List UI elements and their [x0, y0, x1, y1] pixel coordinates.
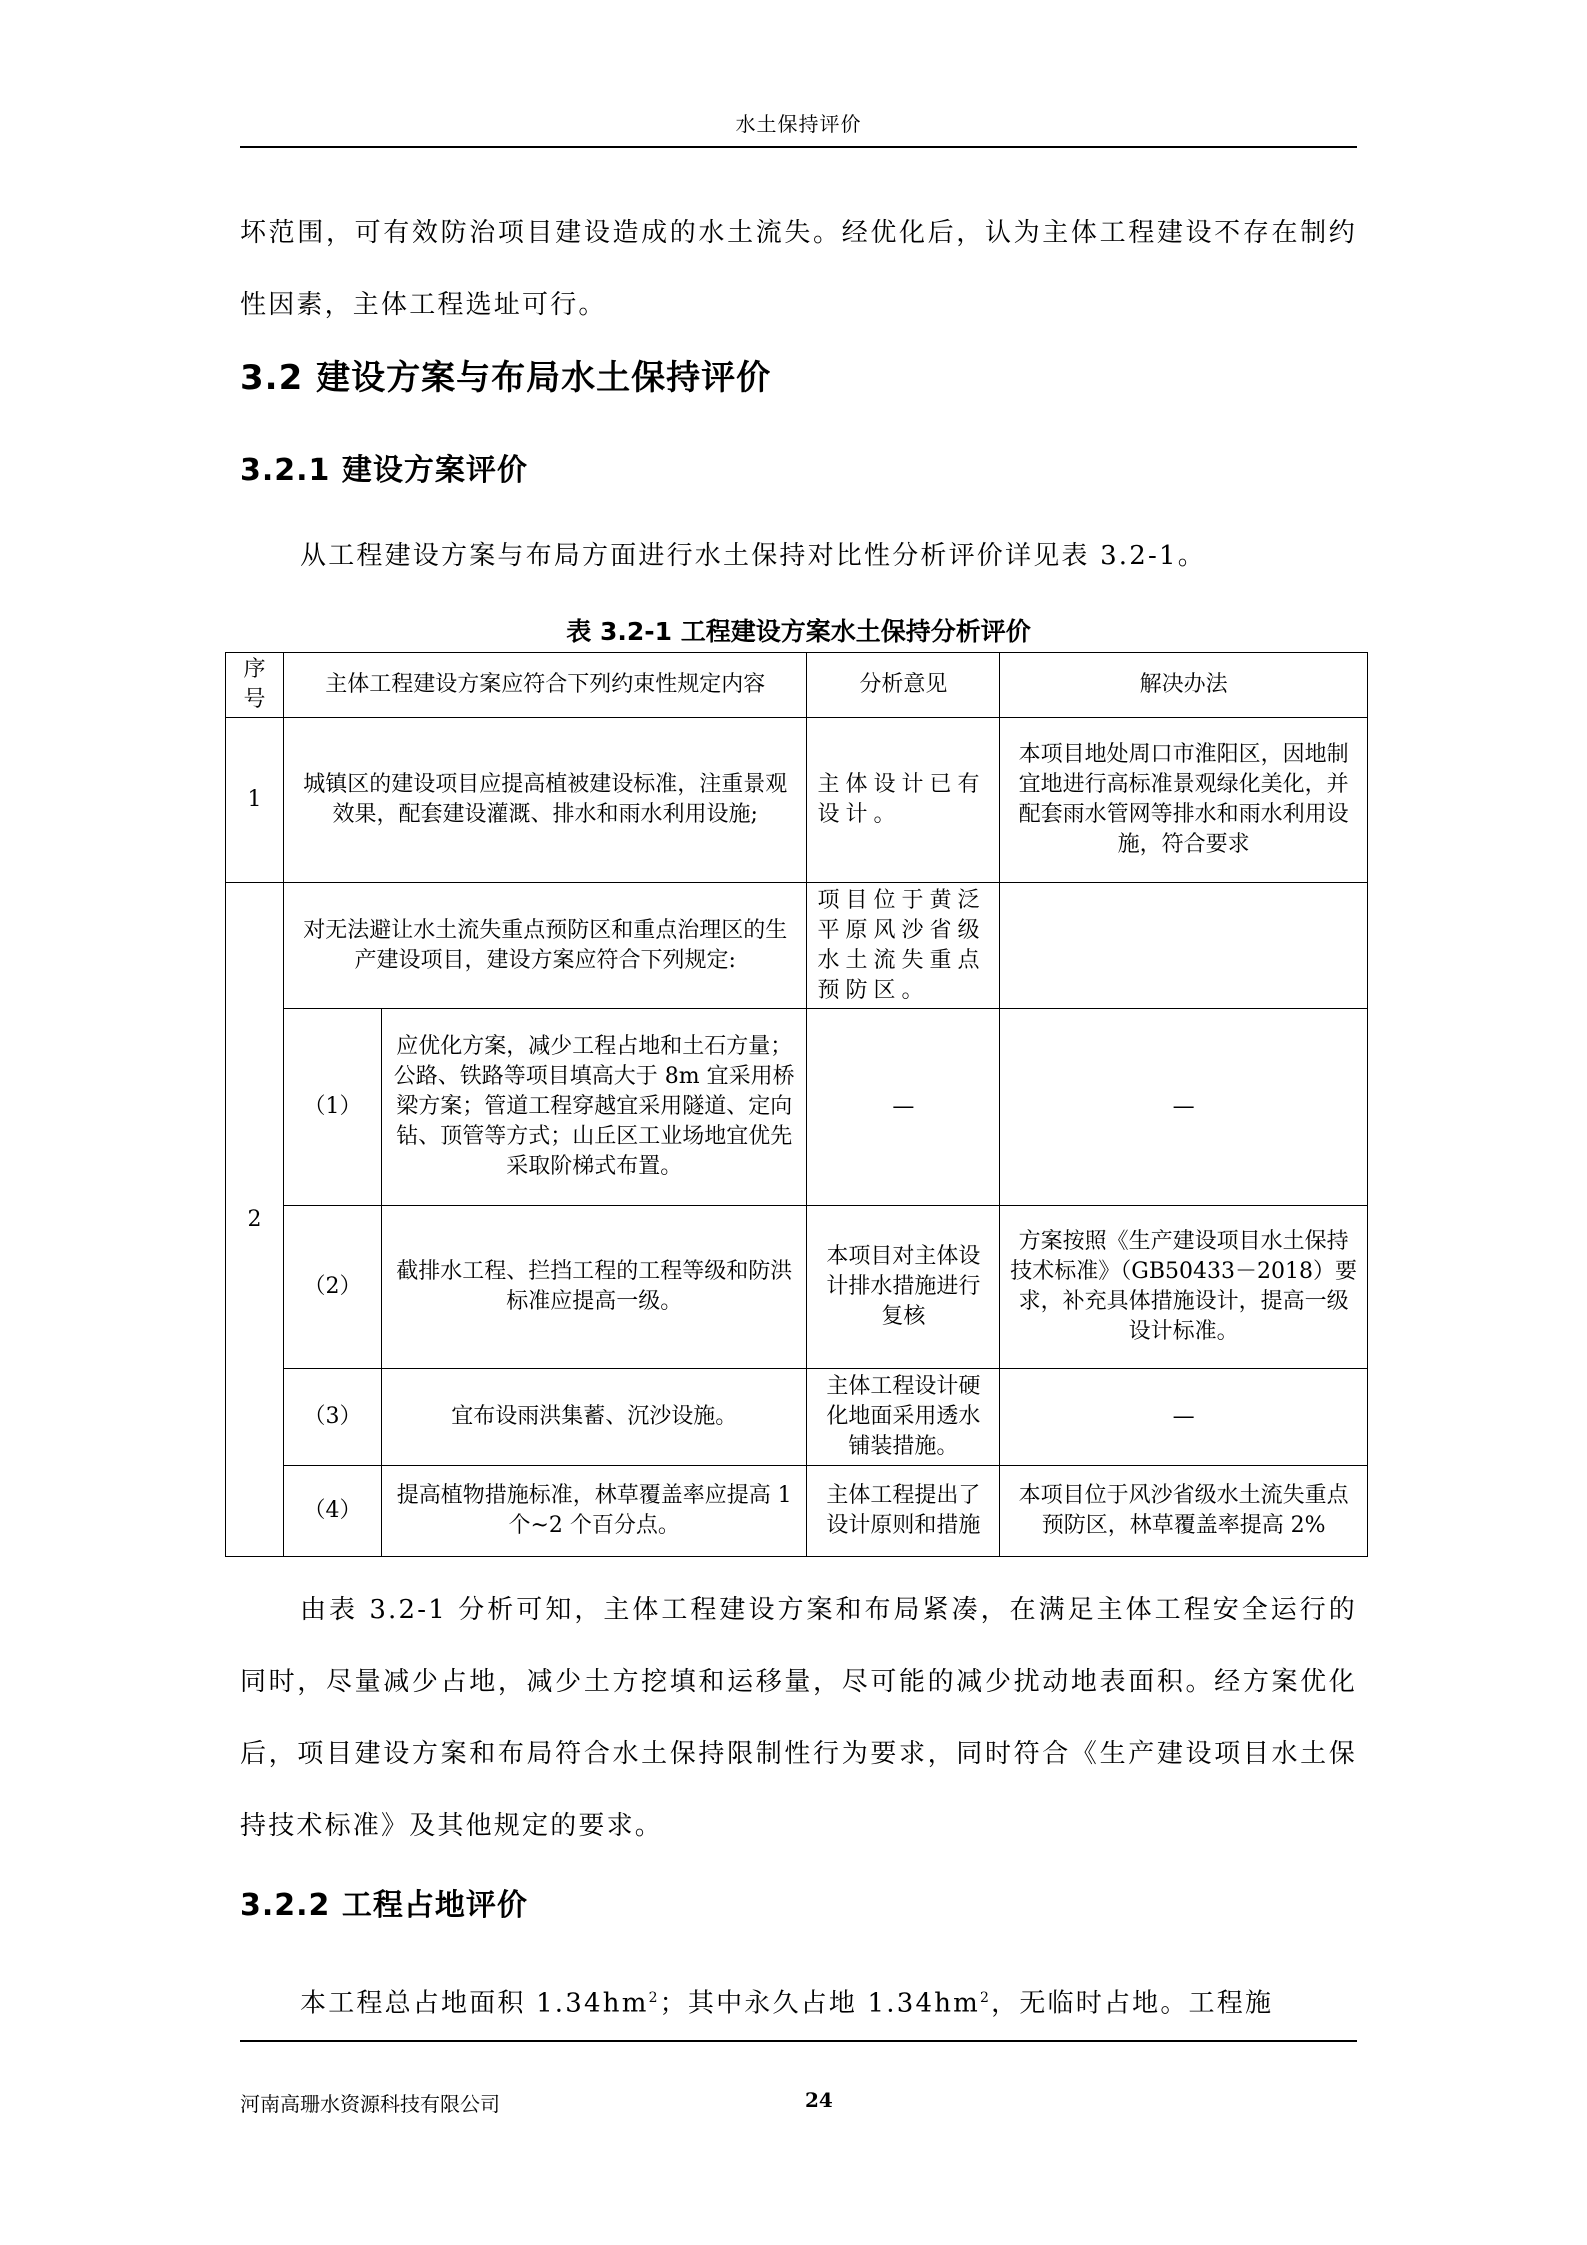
- evaluation-table: 序号 主体工程建设方案应符合下列约束性规定内容 分析意见 解决办法 1 城镇区的…: [225, 652, 1368, 1557]
- row-requirement: 城镇区的建设项目应提高植被建设标准，注重景观效果，配套建设灌溉、排水和雨水利用设…: [283, 718, 806, 883]
- header-rule: [240, 146, 1357, 148]
- page-number: 24: [805, 2088, 833, 2112]
- subrow-solution: —: [1000, 1009, 1368, 1206]
- subrow-requirement: 截排水工程、拦挡工程的工程等级和防洪标准应提高一级。: [381, 1206, 807, 1369]
- table-subrow: （1） 应优化方案，减少工程占地和土石方量；公路、铁路等项目填高大于 8m 宜采…: [226, 1009, 1368, 1206]
- footer-company: 河南高珊水资源科技有限公司: [240, 2088, 500, 2117]
- section-heading: 3.2 建设方案与布局水土保持评价: [240, 350, 771, 399]
- subrow-requirement: 应优化方案，减少工程占地和土石方量；公路、铁路等项目填高大于 8m 宜采用桥梁方…: [381, 1009, 807, 1206]
- land-occupation-paragraph: 本工程总占地面积 1.34hm2；其中永久占地 1.34hm2，无临时占地。工程…: [240, 1962, 1357, 2040]
- subrow-label: （2）: [283, 1206, 381, 1369]
- land-text-3: ，无临时占地。工程施: [991, 1989, 1273, 2019]
- header-solution: 解决办法: [1000, 653, 1368, 718]
- footer-rule: [240, 2040, 1357, 2042]
- subrow-analysis: 主体工程提出了设计原则和措施: [807, 1466, 1000, 1557]
- land-text-1: 本工程总占地面积 1.34hm: [300, 1989, 649, 2019]
- table-subrow: （3） 宜布设雨洪集蓄、沉沙设施。 主体工程设计硬化地面采用透水铺装措施。 —: [226, 1369, 1368, 1466]
- page-header-title: 水土保持评价: [240, 108, 1357, 137]
- row-requirement: 对无法避让水土流失重点预防区和重点治理区的生产建设项目，建设方案应符合下列规定:: [283, 883, 806, 1009]
- table-header-row: 序号 主体工程建设方案应符合下列约束性规定内容 分析意见 解决办法: [226, 653, 1368, 718]
- table-row: 1 城镇区的建设项目应提高植被建设标准，注重景观效果，配套建设灌溉、排水和雨水利…: [226, 718, 1368, 883]
- table-row: 2 对无法避让水土流失重点预防区和重点治理区的生产建设项目，建设方案应符合下列规…: [226, 883, 1368, 1009]
- table-reference-paragraph: 从工程建设方案与布局方面进行水土保持对比性分析评价详见表 3.2-1。: [240, 526, 1357, 586]
- header-analysis: 分析意见: [807, 653, 1000, 718]
- land-text-2: ；其中永久占地 1.34hm: [660, 1989, 980, 2019]
- row-solution: [1000, 883, 1368, 1009]
- table-subrow: （2） 截排水工程、拦挡工程的工程等级和防洪标准应提高一级。 本项目对主体设计排…: [226, 1206, 1368, 1369]
- table-caption: 表 3.2-1 工程建设方案水土保持分析评价: [240, 612, 1357, 648]
- subrow-solution: 方案按照《生产建设项目水土保持技术标准》（GB50433－2018）要求，补充具…: [1000, 1206, 1368, 1369]
- row-seq: 2: [226, 883, 284, 1557]
- row-solution: 本项目地处周口市淮阳区，因地制宜地进行高标准景观绿化美化，并配套雨水管网等排水和…: [1000, 718, 1368, 883]
- row-seq: 1: [226, 718, 284, 883]
- subrow-solution: 本项目位于风沙省级水土流失重点预防区，林草覆盖率提高 2%: [1000, 1466, 1368, 1557]
- superscript-2: 2: [649, 1990, 660, 2006]
- subrow-label: （1）: [283, 1009, 381, 1206]
- subrow-analysis: 主体工程设计硬化地面采用透水铺装措施。: [807, 1369, 1000, 1466]
- row-analysis: 主体设计已有设计。: [807, 718, 1000, 883]
- subsection-heading-3-2-1: 3.2.1 建设方案评价: [240, 445, 528, 489]
- subrow-requirement: 提高植物措施标准，林草覆盖率应提高 1 个~2 个百分点。: [381, 1466, 807, 1557]
- subrow-solution: —: [1000, 1369, 1368, 1466]
- analysis-paragraph: 由表 3.2-1 分析可知，主体工程建设方案和布局紧凑，在满足主体工程安全运行的…: [240, 1574, 1357, 1862]
- row-analysis: 项目位于黄泛平原风沙省级水土流失重点预防区。: [807, 883, 1000, 1009]
- table-subrow: （4） 提高植物措施标准，林草覆盖率应提高 1 个~2 个百分点。 主体工程提出…: [226, 1466, 1368, 1557]
- subsection-heading-3-2-2: 3.2.2 工程占地评价: [240, 1880, 528, 1924]
- header-requirement: 主体工程建设方案应符合下列约束性规定内容: [283, 653, 806, 718]
- subrow-requirement: 宜布设雨洪集蓄、沉沙设施。: [381, 1369, 807, 1466]
- intro-paragraph: 坏范围，可有效防治项目建设造成的水土流失。经优化后，认为主体工程建设不存在制约性…: [240, 197, 1357, 341]
- subrow-analysis: —: [807, 1009, 1000, 1206]
- superscript-2: 2: [980, 1990, 991, 2006]
- header-seq: 序号: [226, 653, 284, 718]
- subrow-label: （3）: [283, 1369, 381, 1466]
- subrow-label: （4）: [283, 1466, 381, 1557]
- subrow-analysis: 本项目对主体设计排水措施进行复核: [807, 1206, 1000, 1369]
